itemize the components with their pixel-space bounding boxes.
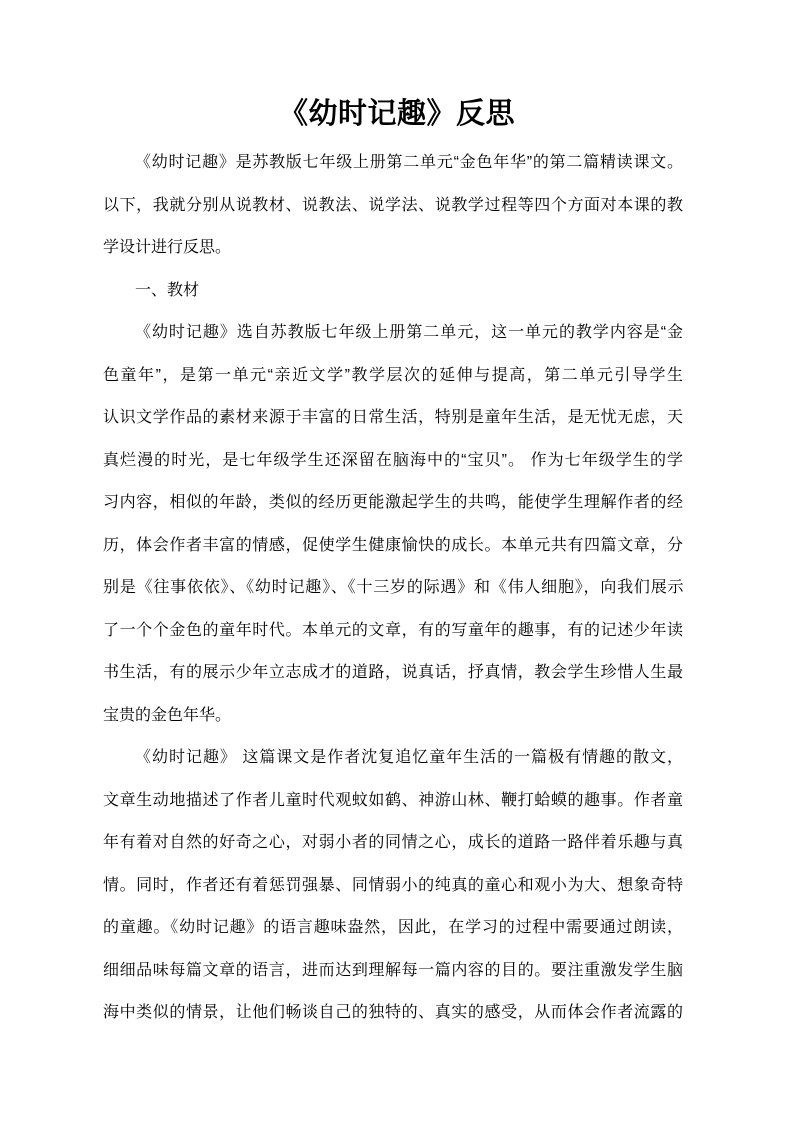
text-line: 的童趣。《幼时记趣》的语言趣味盎然，因此，在学习的过程中需要通过朗读，: [103, 907, 683, 950]
text-line: 真烂漫的时光，是七年级学生还深留在脑海中的“宝贝”。 作为七年级学生的学: [103, 440, 683, 483]
text-line: 细细品味每篇文章的语言，进而达到理解每一篇内容的目的。要注重激发学生脑: [103, 950, 683, 993]
text-line: 了一个个金色的童年时代。本单元的文章，有的写童年的趣事，有的记述少年读: [103, 610, 683, 653]
text-line: 习内容，相似的年龄，类似的经历更能激起学生的共鸣，能使学生理解作者的经: [103, 482, 683, 525]
text-line: 宝贵的金色年华。: [103, 695, 683, 738]
text-line: 情。同时，作者还有着惩罚强暴、同情弱小的纯真的童心和观小为大、想象奇特: [103, 865, 683, 908]
text-line: 书生活，有的展示少年立志成才的道路，说真话，抒真情，教会学生珍惜人生最: [103, 652, 683, 695]
document-body: 《幼时记趣》是苏教版七年级上册第二单元“金色年华”的第二篇精读课文。 以下，我就…: [103, 142, 683, 1035]
document-title: 《幼时记趣》反思: [0, 95, 794, 133]
text-line: 年有着对自然的好奇之心，对弱小者的同情之心，成长的道路一路伴着乐趣与真: [103, 822, 683, 865]
text-line: 学设计进行反思。: [103, 227, 683, 270]
text-line: 认识文学作品的素材来源于丰富的日常生活，特别是童年生活，是无忧无虑，天: [103, 397, 683, 440]
text-line: 《幼时记趣》 这篇课文是作者沈复追忆童年生活的一篇极有情趣的散文，: [103, 737, 683, 780]
text-line: 《幼时记趣》选自苏教版七年级上册第二单元，这一单元的教学内容是“金: [103, 312, 683, 355]
text-line: 海中类似的情景，让他们畅谈自己的独特的、真实的感受，从而体会作者流露的: [103, 992, 683, 1035]
text-line: 文章生动地描述了作者儿童时代观蚊如鹤、神游山林、鞭打蛤蟆的趣事。作者童: [103, 780, 683, 823]
document-page: 《幼时记趣》反思 《幼时记趣》是苏教版七年级上册第二单元“金色年华”的第二篇精读…: [0, 0, 794, 1123]
text-line: 以下，我就分别从说教材、说教法、说学法、说教学过程等四个方面对本课的教: [103, 185, 683, 228]
section-heading: 一、教材: [103, 270, 683, 313]
text-line: 色童年”，是第一单元“亲近文学”教学层次的延伸与提高，第二单元引导学生: [103, 355, 683, 398]
text-line: 历，体会作者丰富的情感，促使学生健康愉快的成长。本单元共有四篇文章，分: [103, 525, 683, 568]
text-line: 《幼时记趣》是苏教版七年级上册第二单元“金色年华”的第二篇精读课文。: [103, 142, 683, 185]
text-line: 别是《往事依依》、《幼时记趣》、《十三岁的际遇》和《伟人细胞》，向我们展示: [103, 567, 683, 610]
